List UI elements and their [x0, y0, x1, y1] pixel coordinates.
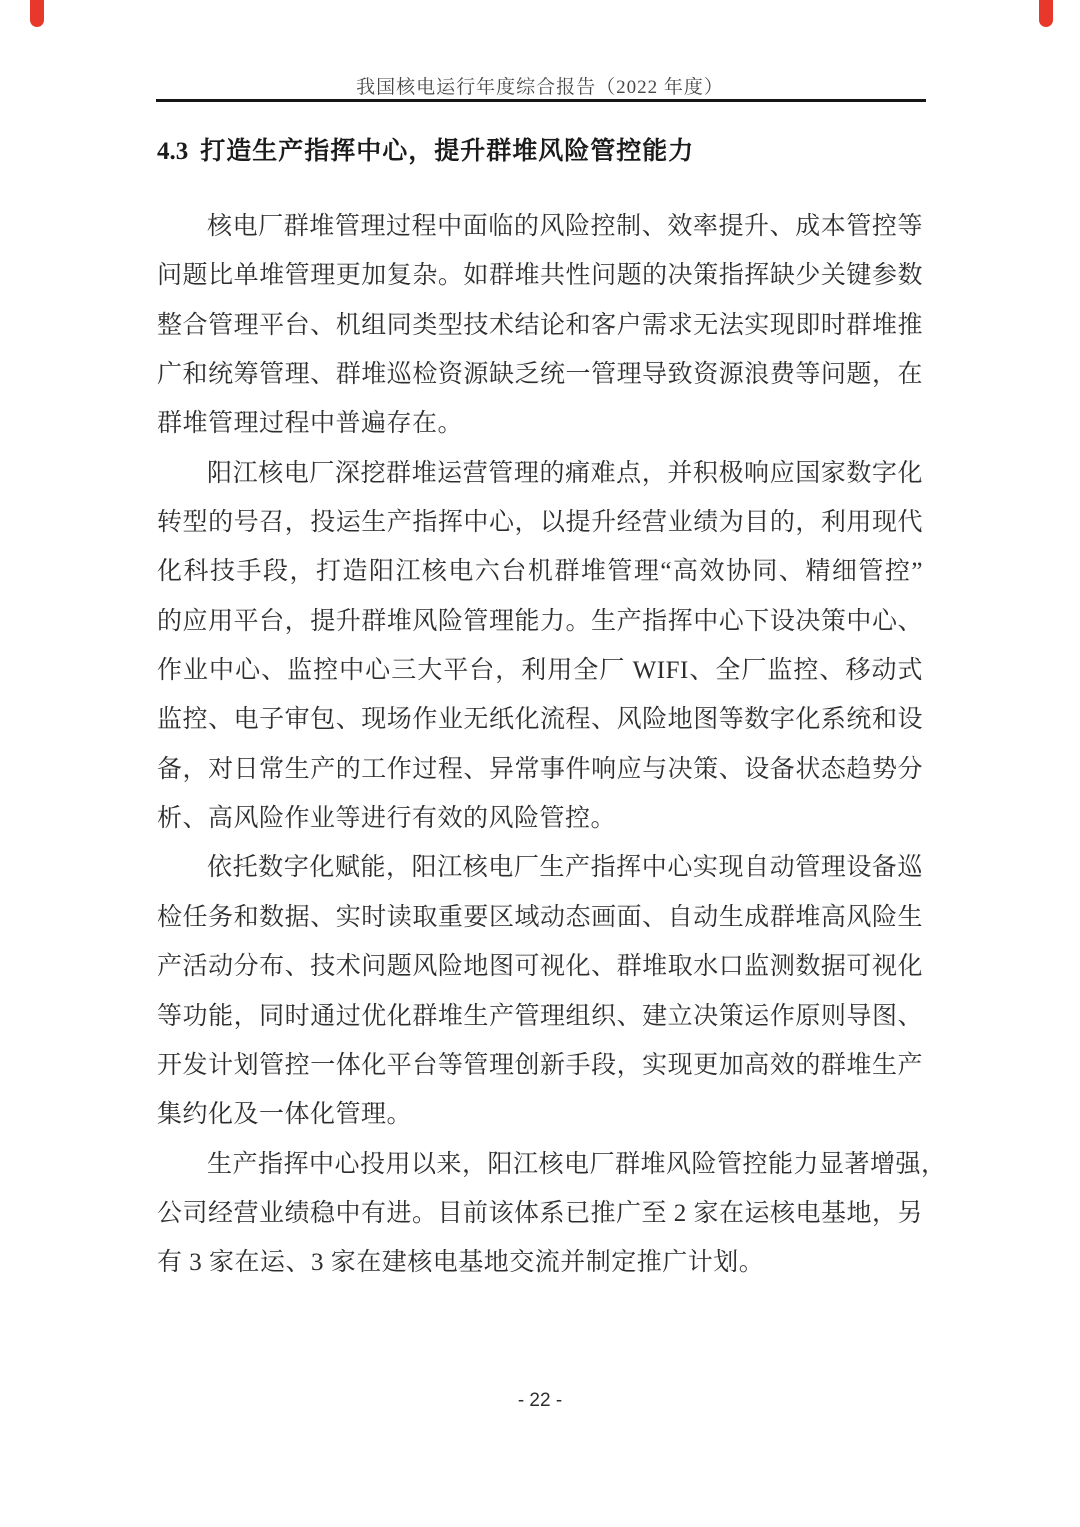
paragraph: 核电厂群堆管理过程中面临的风险控制、效率提升、成本管控等问题比单堆管理更加复杂。…	[157, 202, 923, 449]
paragraph: 生产指挥中心投用以来，阳江核电厂群堆风险管控能力显著增强，公司经营业绩稳中有进。…	[157, 1140, 923, 1288]
text-line: 检任务和数据、实时读取重要区域动态画面、自动生成群堆高风险生	[157, 893, 923, 942]
text-line: 群堆管理过程中普遍存在。	[157, 399, 923, 448]
page-number: - 22 -	[0, 1390, 1080, 1412]
section-heading: 4.3打造生产指挥中心，提升群堆风险管控能力	[157, 131, 927, 167]
running-header-title: 我国核电运行年度综合报告（2022 年度）	[0, 72, 1080, 99]
body-paragraphs: 核电厂群堆管理过程中面临的风险控制、效率提升、成本管控等问题比单堆管理更加复杂。…	[157, 202, 923, 1288]
text-line: 依托数字化赋能，阳江核电厂生产指挥中心实现自动管理设备巡	[157, 843, 923, 892]
text-line: 集约化及一体化管理。	[157, 1090, 923, 1139]
text-line: 的应用平台，提升群堆风险管理能力。生产指挥中心下设决策中心、	[157, 597, 923, 646]
text-line: 析、高风险作业等进行有效的风险管控。	[157, 794, 923, 843]
header-rule	[156, 99, 926, 102]
text-line: 开发计划管控一体化平台等管理创新手段，实现更加高效的群堆生产	[157, 1041, 923, 1090]
section-title: 打造生产指挥中心，提升群堆风险管控能力	[200, 138, 694, 165]
text-line: 阳江核电厂深挖群堆运营管理的痛难点，并积极响应国家数字化	[157, 449, 923, 498]
text-line: 问题比单堆管理更加复杂。如群堆共性问题的决策指挥缺少关键参数	[157, 251, 923, 300]
text-line: 产活动分布、技术问题风险地图可视化、群堆取水口监测数据可视化	[157, 942, 923, 991]
text-line: 监控、电子审包、现场作业无纸化流程、风险地图等数字化系统和设	[157, 695, 923, 744]
document-page: 我国核电运行年度综合报告（2022 年度） 4.3打造生产指挥中心，提升群堆风险…	[0, 0, 1080, 1527]
paragraph: 依托数字化赋能，阳江核电厂生产指挥中心实现自动管理设备巡检任务和数据、实时读取重…	[157, 843, 923, 1139]
text-line: 等功能，同时通过优化群堆生产管理组织、建立决策运作原则导图、	[157, 992, 923, 1041]
text-line: 备，对日常生产的工作过程、异常事件响应与决策、设备状态趋势分	[157, 745, 923, 794]
text-line: 广和统筹管理、群堆巡检资源缺乏统一管理导致资源浪费等问题，在	[157, 350, 923, 399]
text-line: 转型的号召，投运生产指挥中心，以提升经营业绩为目的，利用现代	[157, 498, 923, 547]
red-corner-mark-left	[30, 0, 44, 27]
text-line: 整合管理平台、机组同类型技术结论和客户需求无法实现即时群堆推	[157, 301, 923, 350]
text-line: 化科技手段，打造阳江核电六台机群堆管理“高效协同、精细管控”	[157, 547, 923, 596]
text-line: 生产指挥中心投用以来，阳江核电厂群堆风险管控能力显著增强，	[157, 1140, 923, 1189]
paragraph: 阳江核电厂深挖群堆运营管理的痛难点，并积极响应国家数字化转型的号召，投运生产指挥…	[157, 449, 923, 844]
text-line: 有 3 家在运、3 家在建核电基地交流并制定推广计划。	[157, 1238, 923, 1287]
section-number: 4.3	[157, 138, 188, 165]
text-line: 公司经营业绩稳中有进。目前该体系已推广至 2 家在运核电基地，另	[157, 1189, 923, 1238]
red-corner-mark-right	[1039, 0, 1053, 27]
text-line: 作业中心、监控中心三大平台，利用全厂 WIFI、全厂监控、移动式	[157, 646, 923, 695]
text-line: 核电厂群堆管理过程中面临的风险控制、效率提升、成本管控等	[157, 202, 923, 251]
